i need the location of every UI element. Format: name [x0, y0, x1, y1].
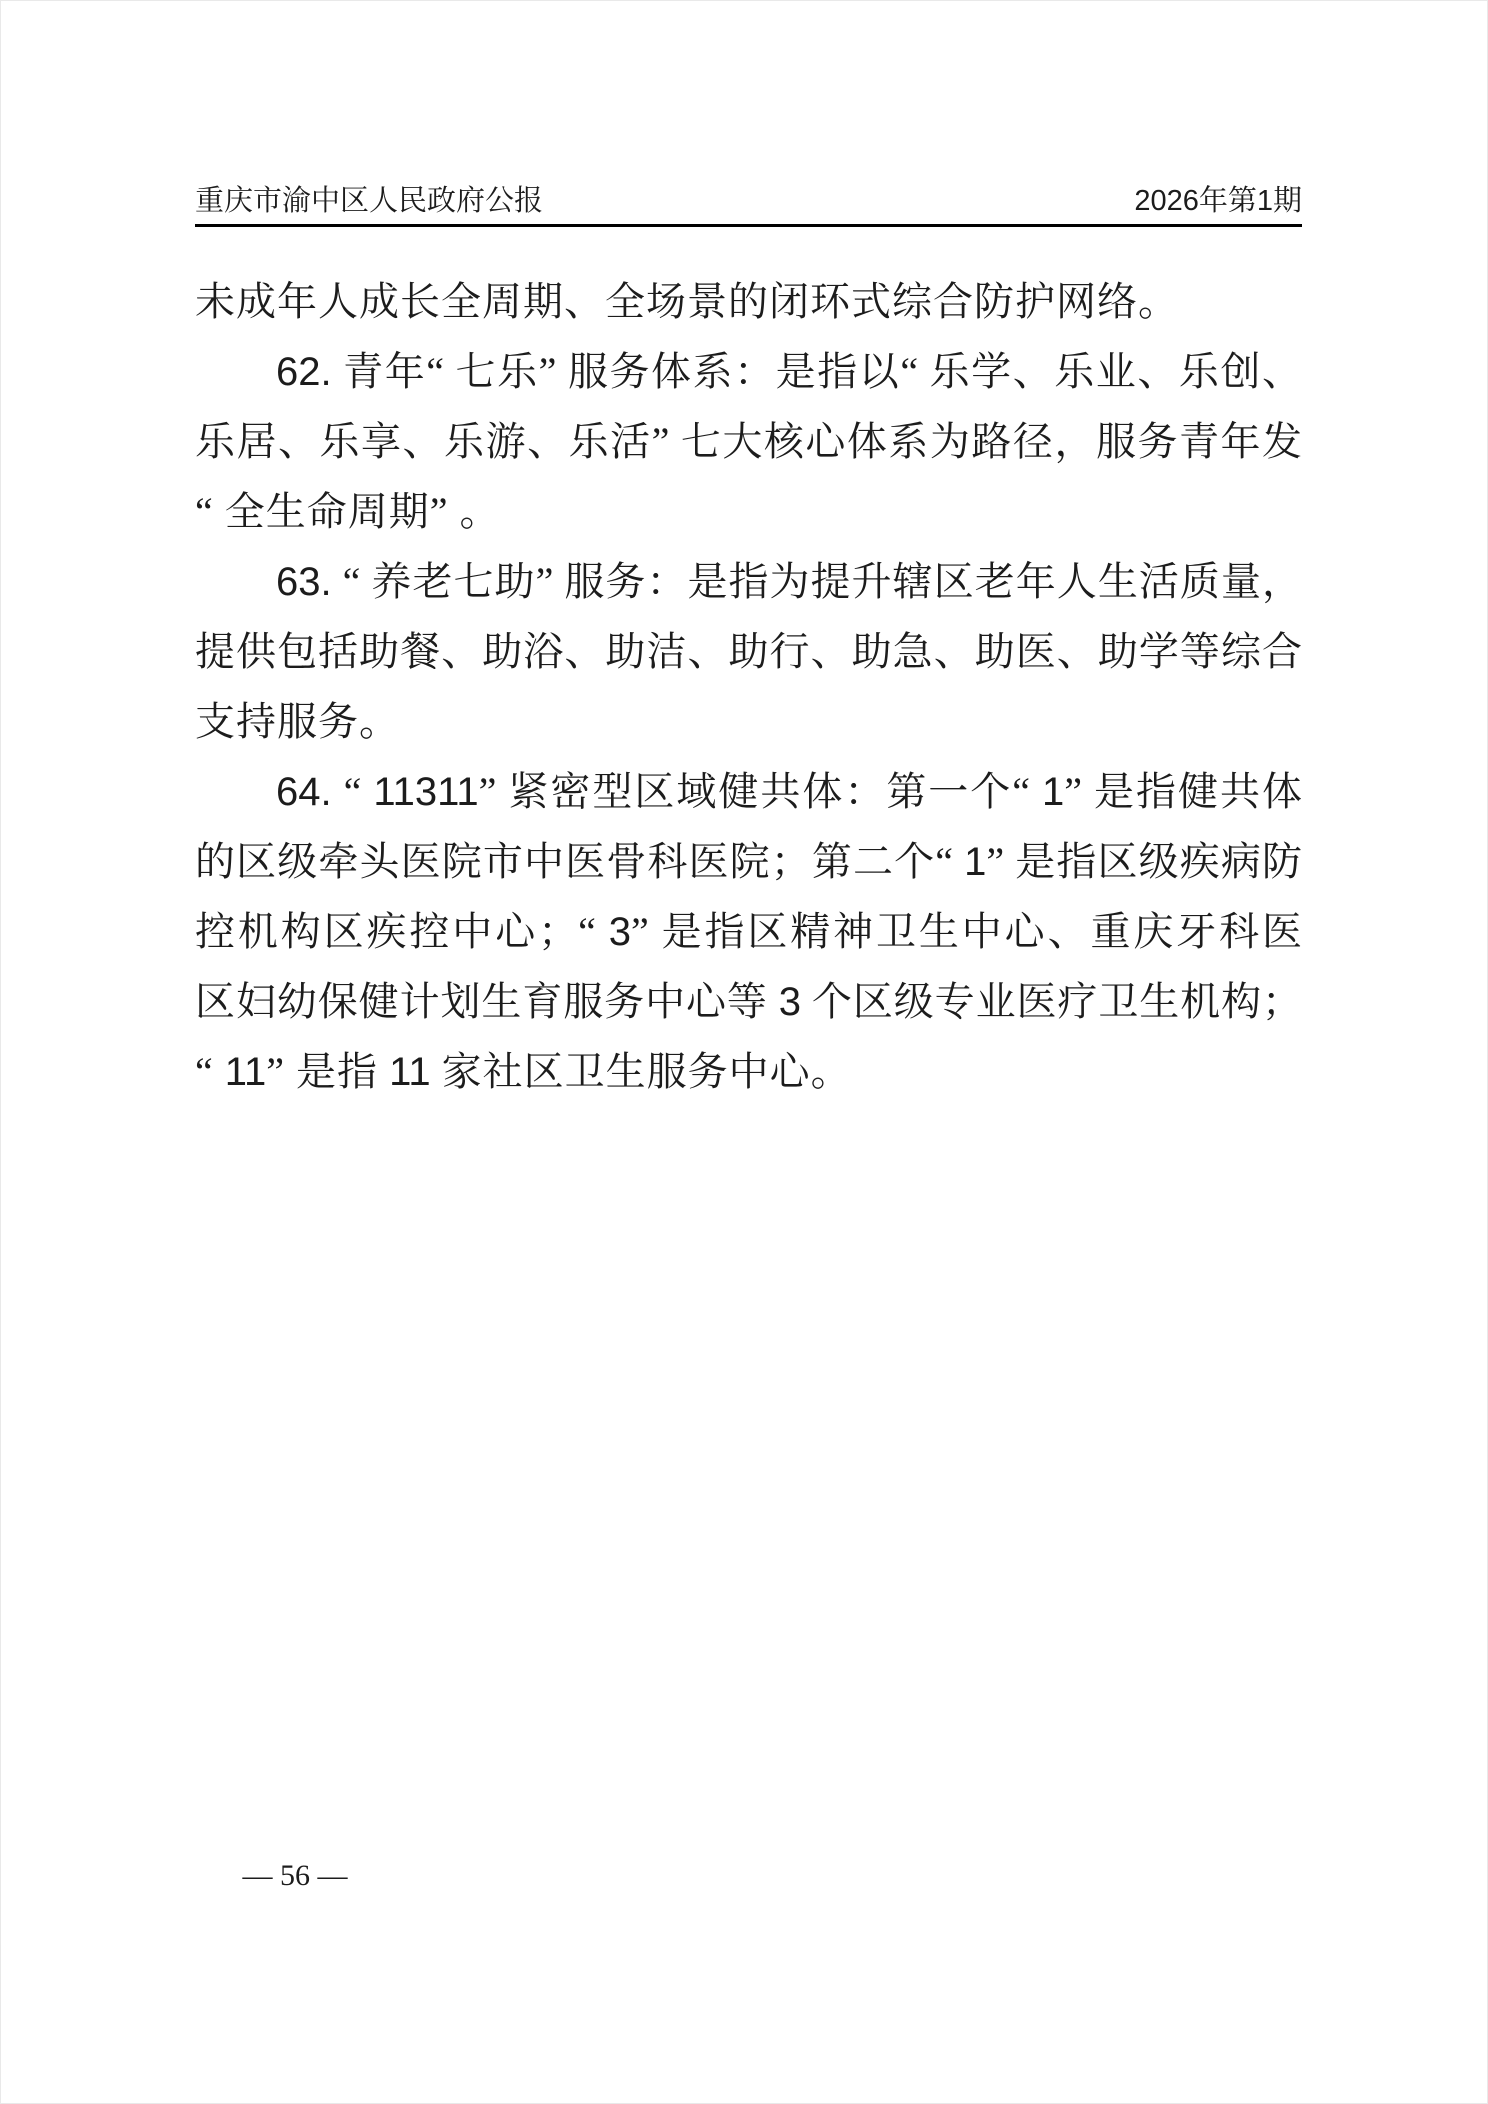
header-rule: [195, 224, 1302, 227]
body-line: “ 全生命周期” 。: [195, 477, 1302, 547]
body-line: 控机构区疾控中心；“ 3” 是指区精神卫生中心、重庆牙科医院、: [195, 897, 1302, 967]
body-line: 区妇幼保健计划生育服务中心等 3 个区级专业医疗卫生机构；: [195, 967, 1302, 1037]
gazette-page: 重庆市渝中区人民政府公报 2026年第1期 未成年人成长全周期、全场景的闭环式综…: [0, 0, 1488, 2104]
body-line: 的区级牵头医院市中医骨科医院；第二个“ 1” 是指区级疾病防: [195, 827, 1302, 897]
body-line: 乐居、乐享、乐游、乐活” 七大核心体系为路径，服务青年发展: [195, 407, 1302, 477]
body-line: 62. 青年“ 七乐” 服务体系：是指以“ 乐学、乐业、乐创、: [195, 337, 1302, 407]
publication-title: 重庆市渝中区人民政府公报: [195, 184, 543, 218]
body-line: 未成年人成长全周期、全场景的闭环式综合防护网络。: [195, 267, 1302, 337]
page-footer: — 56 —: [195, 1860, 395, 1892]
body-text: 未成年人成长全周期、全场景的闭环式综合防护网络。62. 青年“ 七乐” 服务体系…: [195, 267, 1302, 1107]
page-header: 重庆市渝中区人民政府公报 2026年第1期: [195, 184, 1302, 218]
body-line: 63. “ 养老七助” 服务：是指为提升辖区老年人生活质量，: [195, 547, 1302, 617]
body-line: 支持服务。: [195, 687, 1302, 757]
page-number: — 56 —: [243, 1859, 348, 1892]
body-line: “ 11” 是指 11 家社区卫生服务中心。: [195, 1037, 1302, 1107]
issue-label: 2026年第1期: [1134, 184, 1302, 218]
body-line: 提供包括助餐、助浴、助洁、助行、助急、助医、助学等综合性: [195, 617, 1302, 687]
body-line: 64. “ 11311” 紧密型区域健共体：第一个“ 1” 是指健共体: [195, 757, 1302, 827]
